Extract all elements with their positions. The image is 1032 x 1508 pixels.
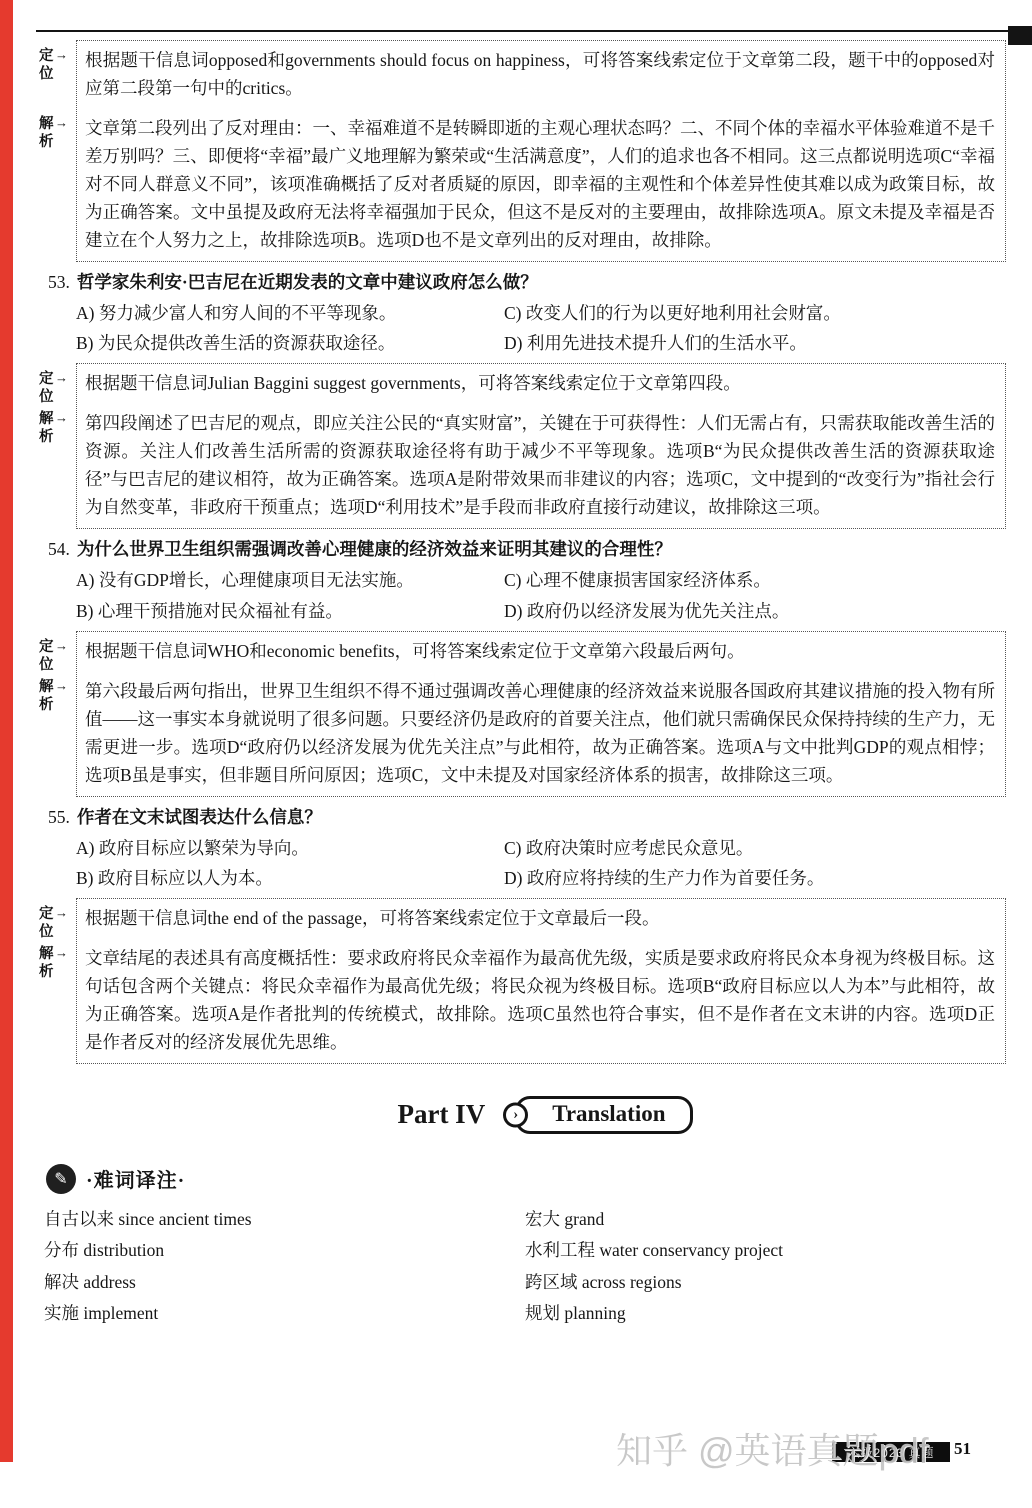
arrow-right-icon: → [55,370,68,385]
analysis-entry: 解析 → 第四段阐述了巴吉尼的观点，即应关注公民的“真实财富”，关键在于可获得性… [85,409,995,521]
arrow-right-icon: → [55,678,68,693]
question-number: 53. [48,272,70,292]
arrow-right-icon: → [55,638,68,653]
question-54: 54.为什么世界卫生组织需强调改善心理健康的经济效益来证明其建议的合理性？ A)… [48,536,1006,625]
locate-text: 根据题干信息词opposed和governments should focus … [85,46,995,102]
analysis-label: 解析 → [39,115,75,151]
exam-answer-page: 定位 → 根据题干信息词opposed和governments should f… [0,0,1032,1508]
option-b: B) 为民众提供改善生活的资源获取途径。 [76,328,504,358]
locate-entry: 定位 → 根据题干信息词opposed和governments should f… [85,46,995,102]
locate-text: 根据题干信息词WHO和economic benefits，可将答案线索定位于文章… [85,637,995,665]
question-stem: 作者在文末试图表达什么信息？ [77,807,322,827]
analysis-text: 文章结尾的表述具有高度概括性：要求政府将民众幸福作为最高优先级，实质是要求政府将… [85,944,995,1056]
translation-badge-label: Translation [552,1101,665,1126]
locate-label: 定位 → [39,905,75,941]
analysis-label: 解析 → [39,945,75,981]
option-row: A) 努力减少富人和穷人间的不平等现象。 C) 改变人们的行为以更好地利用社会财… [76,298,1006,328]
question-55: 55.作者在文末试图表达什么信息？ A) 政府目标应以繁荣为导向。 C) 政府决… [48,804,1006,893]
options: A) 没有GDP增长，心理健康项目无法实施。 C) 心理不健康损害国家经济体系。… [76,565,1006,625]
vocab-item: 规划 planning [525,1298,1006,1330]
pencil-note-icon: ✎ [46,1164,76,1194]
option-b: B) 心理干预措施对民众福祉有益。 [76,596,504,626]
option-row: B) 政府目标应以人为本。 D) 政府应将持续的生产力作为首要任务。 [76,863,1006,893]
vocab-item: 跨区域 across regions [525,1267,1006,1299]
vocab-list: 自古以来 since ancient times 分布 distribution… [44,1204,1006,1330]
vocab-column-right: 宏大 grand 水利工程 water conservancy project … [525,1204,1006,1330]
question-stem: 为什么世界卫生组织需强调改善心理健康的经济效益来证明其建议的合理性？ [77,539,672,559]
question-stem: 哲学家朱利安·巴吉尼在近期发表的文章中建议政府怎么做？ [77,272,538,292]
question-line: 54.为什么世界卫生组织需强调改善心理健康的经济效益来证明其建议的合理性？ [48,536,1006,563]
analysis-entry: 解析 → 文章第二段列出了反对理由：一、幸福难道不是转瞬即逝的主观心理状态吗？二… [85,114,995,254]
question-number: 55. [48,807,70,827]
vocab-item: 自古以来 since ancient times [44,1204,525,1236]
option-a: A) 政府目标应以繁荣为导向。 [76,833,504,863]
locate-text: 根据题干信息词Julian Baggini suggest government… [85,369,995,397]
top-horizontal-rule [36,30,1010,32]
locate-label: 定位 → [39,638,75,674]
part-header: Part IV › Translation [84,1096,1006,1134]
vocab-item: 水利工程 water conservancy project [525,1235,1006,1267]
vocab-title: ·难词译注· [86,1164,185,1193]
option-d: D) 政府应将持续的生产力作为首要任务。 [504,863,1006,893]
arrow-right-icon: → [55,115,68,130]
analysis-text: 第四段阐述了巴吉尼的观点，即应关注公民的“真实财富”，关键在于可获得性：人们无需… [85,409,995,521]
options: A) 政府目标应以繁荣为导向。 C) 政府决策时应考虑民众意见。 B) 政府目标… [76,833,1006,893]
question-line: 55.作者在文末试图表达什么信息？ [48,804,1006,831]
option-b: B) 政府目标应以人为本。 [76,863,504,893]
locate-label: 定位 → [39,47,75,83]
page-content: 定位 → 根据题干信息词opposed和governments should f… [44,40,1006,1330]
locate-analysis-box-q53: 定位 → 根据题干信息词Julian Baggini suggest gover… [76,363,1006,529]
analysis-text: 第六段最后两句指出，世界卫生组织不得不通过强调改善心理健康的经济效益来说服各国政… [85,677,995,789]
analysis-label: 解析 → [39,410,75,446]
arrow-right-icon: → [55,410,68,425]
vocab-item: 实施 implement [44,1298,525,1330]
translation-badge: › Translation [515,1096,692,1134]
watermark: 知乎 @英语真题pdf [616,1423,929,1474]
option-d: D) 利用先进技术提升人们的生活水平。 [504,328,1006,358]
option-c: C) 政府决策时应考虑民众意见。 [504,833,1006,863]
arrow-right-icon: → [55,945,68,960]
left-red-edge-bar [0,0,13,1462]
options: A) 努力减少富人和穷人间的不平等现象。 C) 改变人们的行为以更好地利用社会财… [76,298,1006,358]
option-c: C) 改变人们的行为以更好地利用社会财富。 [504,298,1006,328]
analysis-label: 解析 → [39,678,75,714]
chevron-right-icon: › [503,1102,528,1127]
top-right-corner-mark [1008,26,1032,45]
analysis-text: 文章第二段列出了反对理由：一、幸福难道不是转瞬即逝的主观心理状态吗？二、不同个体… [85,114,995,254]
question-53: 53.哲学家朱利安·巴吉尼在近期发表的文章中建议政府怎么做？ A) 努力减少富人… [48,269,1006,358]
option-d: D) 政府仍以经济发展为优先关注点。 [504,596,1006,626]
question-line: 53.哲学家朱利安·巴吉尼在近期发表的文章中建议政府怎么做？ [48,269,1006,296]
vocab-item: 宏大 grand [525,1204,1006,1236]
page-number: 51 [954,1439,971,1459]
vocab-header: ✎ ·难词译注· [46,1164,1006,1194]
locate-analysis-box-q54: 定位 → 根据题干信息词WHO和economic benefits，可将答案线索… [76,631,1006,797]
option-row: A) 没有GDP增长，心理健康项目无法实施。 C) 心理不健康损害国家经济体系。 [76,565,1006,595]
question-number: 54. [48,539,70,559]
option-row: B) 为民众提供改善生活的资源获取途径。 D) 利用先进技术提升人们的生活水平。 [76,328,1006,358]
locate-entry: 定位 → 根据题干信息词Julian Baggini suggest gover… [85,369,995,397]
analysis-entry: 解析 → 第六段最后两句指出，世界卫生组织不得不通过强调改善心理健康的经济效益来… [85,677,995,789]
locate-analysis-box-q52: 定位 → 根据题干信息词opposed和governments should f… [76,40,1006,262]
option-row: B) 心理干预措施对民众福祉有益。 D) 政府仍以经济发展为优先关注点。 [76,596,1006,626]
locate-entry: 定位 → 根据题干信息词the end of the passage，可将答案线… [85,904,995,932]
option-c: C) 心理不健康损害国家经济体系。 [504,565,1006,595]
part-title: Part IV [397,1099,485,1130]
locate-label: 定位 → [39,370,75,406]
vocab-column-left: 自古以来 since ancient times 分布 distribution… [44,1204,525,1330]
arrow-right-icon: → [55,47,68,62]
analysis-entry: 解析 → 文章结尾的表述具有高度概括性：要求政府将民众幸福作为最高优先级，实质是… [85,944,995,1056]
arrow-right-icon: → [55,905,68,920]
option-a: A) 努力减少富人和穷人间的不平等现象。 [76,298,504,328]
locate-text: 根据题干信息词the end of the passage，可将答案线索定位于文… [85,904,995,932]
vocab-item: 解决 address [44,1267,525,1299]
locate-entry: 定位 → 根据题干信息词WHO和economic benefits，可将答案线索… [85,637,995,665]
option-row: A) 政府目标应以繁荣为导向。 C) 政府决策时应考虑民众意见。 [76,833,1006,863]
option-a: A) 没有GDP增长，心理健康项目无法实施。 [76,565,504,595]
locate-analysis-box-q55: 定位 → 根据题干信息词the end of the passage，可将答案线… [76,898,1006,1064]
vocab-item: 分布 distribution [44,1235,525,1267]
